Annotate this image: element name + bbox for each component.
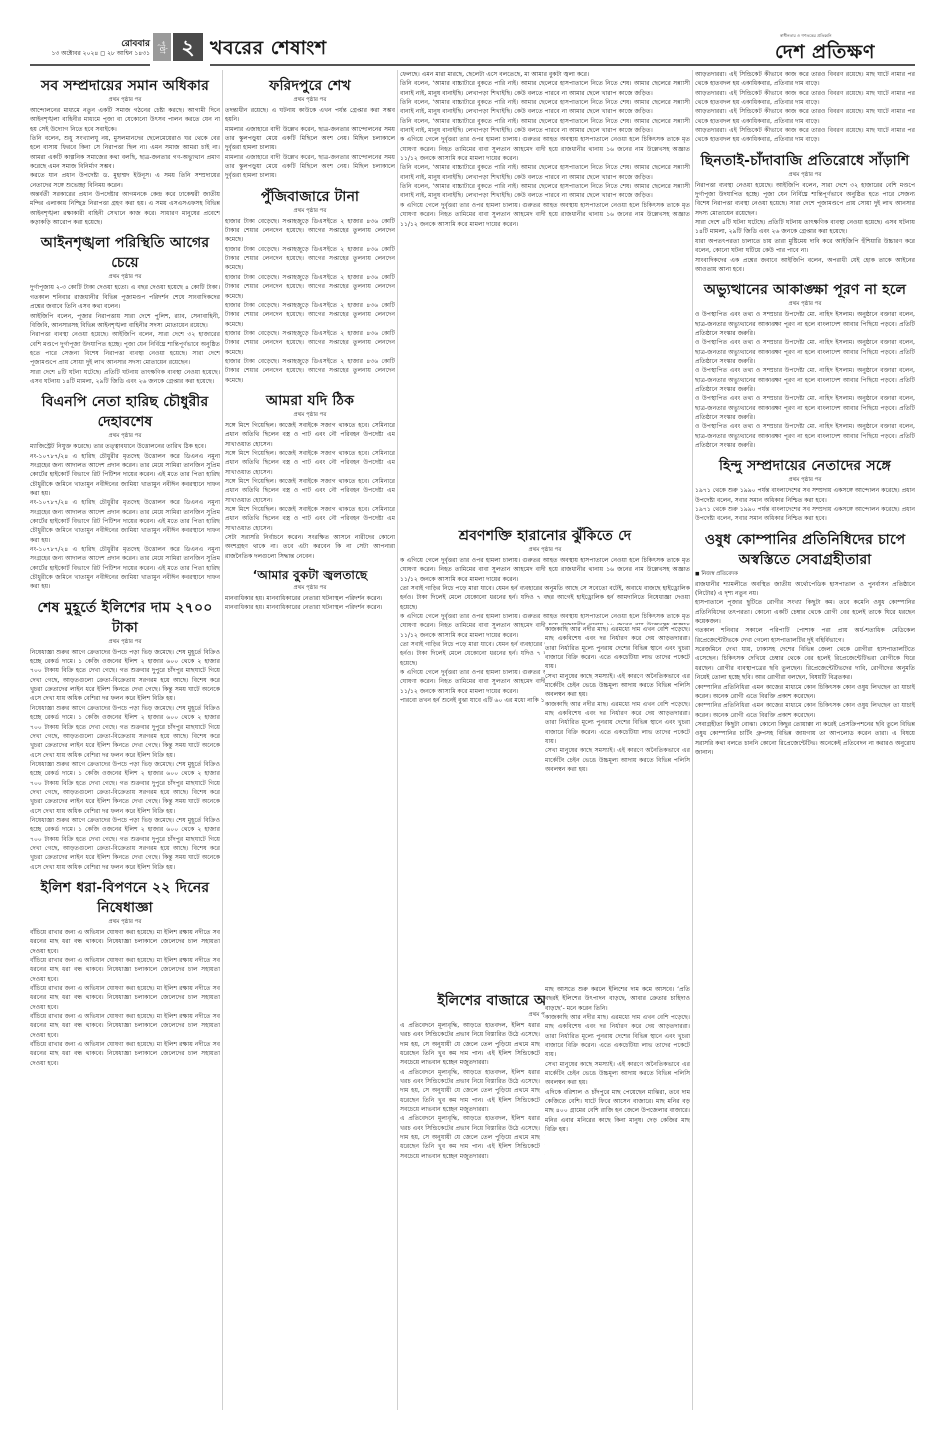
masthead: রোববার ১৩ অক্টোবর ২০২৪ ◻ ২৮ আশ্বিন ১৪৩১ …: [0, 0, 945, 60]
paragraph: হাজার টাকা বেড়েছে। সপ্তাহজুড়ে ডিএসইতে …: [225, 301, 395, 329]
headline: ওষুধ কোম্পানির প্রতিনিধিদের চাপে অস্বস্ত…: [695, 530, 915, 570]
column-4-top: [545, 70, 690, 520]
paragraph: ও উপস্থাপিত এবং তথ্য ও সম্প্রচার উপদেষ্ট…: [695, 366, 915, 394]
paragraph: তদন্তাধীন রয়েছে। এ ঘটনায় কাউকে এখন পর্…: [225, 106, 395, 125]
issue-date: ১৩ অক্টোবর ২০২৪ ◻ ২৮ আশ্বিন ১৪৩১: [20, 48, 150, 59]
article-punjibazar: পুঁজিবাজারে টানা প্রথম পৃষ্ঠার পর হাজার …: [225, 187, 395, 385]
paragraph: নং-১০৭৮৭/২৪ এ হারিছ চৌধুরীর মৃতদেহ উত্তো…: [30, 498, 220, 545]
paragraph: হাজার টাকা বেড়েছে। সপ্তাহজুড়ে ডিএসইতে …: [225, 329, 395, 357]
continued-from: প্রথম পৃষ্ঠার পর: [30, 918, 220, 926]
page-label: পৃষ্ঠা: [153, 33, 171, 61]
paragraph: মাছ আসতে শুরু করলে ইলিশের দাম কমে আসবে। …: [545, 985, 690, 1013]
article-chhintai: ছিনতাই-চাঁদাবাজি প্রতিরোধে সাঁড়াশি প্রথ…: [695, 151, 915, 274]
column-divider: [397, 70, 398, 1410]
paragraph: কোম্পানির প্রতিনিধিরা এমন কাজের মাধ্যমে …: [695, 701, 915, 720]
paragraph: যারা অপতৎপরতা চালাতে চায় তারা মুষ্টিমেয…: [695, 237, 915, 256]
paragraph: ও উপস্থাপিত এবং তথ্য ও সম্প্রচার উপদেষ্ট…: [695, 422, 915, 450]
headline: ‘আমার বুকটা জ্বলতাছে: [225, 567, 395, 584]
column-2: ফরিদপুরে শেখ প্রথম পৃষ্ঠার পর তদন্তাধীন …: [225, 70, 395, 1410]
headline: অভ্যুত্থানের আকাঙ্ক্ষা পূরণ না হলে: [695, 280, 915, 300]
headline: পুঁজিবাজারে টানা: [225, 187, 395, 207]
column-5: আড়তদাররা। এই সিন্ডিকেট কীভাবে কাজ করে ত…: [695, 70, 915, 1410]
masthead-rule-right: [210, 64, 915, 66]
paragraph: বাঁচিয়ে রাখার জন্য এ অভিযান ঘোষণা করা হ…: [30, 984, 220, 1012]
continued-from: প্রথম পৃষ্ঠার পর: [695, 171, 915, 179]
paragraph: আইজিপি বলেন, পূজার নিরাপত্তায় সারা দেশে…: [30, 312, 220, 331]
headline: সব সম্প্রদায়ের সমান অধিকার: [30, 76, 220, 96]
paragraph: বাঁচিয়ে রাখার জন্য এ অভিযান ঘোষণা করা হ…: [30, 1040, 220, 1068]
paragraph: সেটা সরাসরি নির্বাচনে করেন। সংরক্ষিত আসন…: [225, 533, 395, 561]
paragraph: বাঁচিয়ে রাখার জন্য এ অভিযান ঘোষণা করা হ…: [30, 928, 220, 956]
paragraph: সঙ্গে মিশে গিয়েছিল। কাজেই সবাইকে সজাগ থ…: [225, 421, 395, 449]
continued-from: প্রথম পৃষ্ঠার পর: [225, 207, 395, 215]
paragraph: ক এগিয়ে গেলে দুর্বৃত্তরা তার ওপর হামলা …: [400, 556, 690, 584]
paragraph: সারা দেশে ৪টি ঘটনা ঘটেছে। প্রতিটি ঘটনায়…: [695, 218, 915, 237]
paragraph: ম্যাজিস্ট্রেট নিযুক্ত করেছে। তার তত্ত্বা…: [30, 442, 220, 451]
paragraph: গতকাল শনিবার সকালে পরিপাটি পোশাক পরা প্র…: [695, 626, 915, 645]
continued-from: প্রথম পৃষ্ঠার পর: [695, 476, 915, 484]
article-faridpur: ফরিদপুরে শেখ প্রথম পৃষ্ঠার পর তদন্তাধীন …: [225, 76, 395, 181]
article-amra-jodi-thik: আমরা যদি ঠিক প্রথম পৃষ্ঠার পর সঙ্গে মিশে…: [225, 391, 395, 561]
paragraph: নিরাপত্তা ব্যবস্থা নেওয়া হয়েছে। আইজিপি…: [30, 330, 220, 367]
paragraph: করতে যান প্রধান উপদেষ্টা ড. মুহাম্মদ ইউন…: [30, 171, 220, 190]
paragraph: আড়তদাররা। এই সিন্ডিকেট কীভাবে কাজ করে ত…: [695, 126, 915, 145]
article-sob-somprodayer: সব সম্প্রদায়ের সমান অধিকার প্রথম পৃষ্ঠা…: [30, 76, 220, 227]
continued-from: প্রথম পৃষ্ঠার পর: [30, 638, 220, 646]
paragraph: হাজার টাকা বেড়েছে। সপ্তাহজুড়ে ডিএসইতে …: [225, 357, 395, 385]
paragraph: হাসপাতালে পূজার ছুটিতে রোগীর সংখ্যা কিছু…: [695, 598, 915, 626]
headline: শ্রবণশক্তি হারানোর ঝুঁকিতে দে: [400, 526, 690, 546]
paragraph: তিনি বলেন, শুধু সংখ্যালঘু নয়, মুসলমানদে…: [30, 134, 220, 171]
continued-from: প্রথম পৃষ্ঠার পর: [695, 300, 915, 308]
paragraph: ও উপস্থাপিত এবং তথ্য ও সম্প্রচার উপদেষ্ট…: [695, 338, 915, 366]
paragraph: সারা দেশে ৪টি ঘটনা ঘটেছে। প্রতিটি ঘটনায়…: [30, 368, 220, 387]
paragraph: মামলার এজাহারে বাদী উল্লেখ করেন, ছাত্র-জ…: [225, 125, 395, 153]
column-divider: [692, 70, 693, 1410]
paragraph: এদিকে বরিশাল ও চাঁদপুরে মাছ পেয়েছেন মাঝ…: [545, 1088, 690, 1135]
paragraph: আড়তদাররা। এই সিন্ডিকেট কীভাবে কাজ করে ত…: [695, 107, 915, 126]
paragraph: মামলার এজাহারে বাদী উল্লেখ করেন, ছাত্র-জ…: [225, 153, 395, 181]
column-4-mid: কাজকাছি আর নদীর মাছ। এরমধ্যে দাম এখন বেশ…: [545, 625, 690, 985]
paragraph: ও উপস্থাপিত এবং তথ্য ও সম্প্রচার উপদেষ্ট…: [695, 310, 915, 338]
article-haris-chowdhury: বিএনপি নেতা হারিছ চৌধুরীর দেহাবশেষ প্রথম…: [30, 392, 220, 592]
continued-from: প্রথম পৃষ্ঠার পর: [30, 273, 220, 281]
paragraph: কাজকাছি আর নদীর মাছ। এরমধ্যে দাম এখন বেশ…: [545, 700, 690, 747]
continued-from: প্রথম পৃষ্ঠার পর: [400, 546, 690, 554]
paragraph: মানবাধিকার হয়। মানবাধিকারের নেতারা ঘটনা…: [225, 594, 395, 603]
paragraph: কাজকাছি আর নদীর মাছ। এরমধ্যে দাম এখন বেশ…: [545, 625, 690, 672]
continued-from: প্রথম পৃষ্ঠার পর: [225, 584, 395, 592]
article-obhyutthan: অভ্যুত্থানের আকাঙ্ক্ষা পূরণ না হলে প্রথম…: [695, 280, 915, 450]
column-4-bottom: মাছ আসতে শুরু করলে ইলিশের দাম কমে আসবে। …: [545, 985, 690, 1410]
paragraph: এ প্রতিবেদনে মূল্যবৃদ্ধি, আড়তে হাতবদল, …: [400, 1021, 540, 1068]
paragraph: কোম্পানির প্রতিনিধিরা এমন কাজের মাধ্যমে …: [695, 683, 915, 702]
page-number: ২: [173, 33, 203, 61]
paragraph: তো সবাই গাড়ির নিচে পড়ে মারা যাবে। যেমন…: [400, 584, 690, 612]
column-divider: [222, 70, 223, 1410]
article-oshudh-company: ওষুধ কোম্পানির প্রতিনিধিদের চাপে অস্বস্ত…: [695, 530, 915, 758]
paragraph: ১৯৭১ থেকে শুরু ১৯৯০ পর্যন্ত বাংলাদেশের স…: [695, 486, 915, 505]
paragraph: ১৯৭১ থেকে শুরু ১৯৯০ পর্যন্ত বাংলাদেশের স…: [695, 505, 915, 524]
paragraph: সেবাগ্রহীতা কিছুটা বোঝা। কোনো কিছুর তোয়…: [695, 720, 915, 757]
subcolumn-left: এ প্রতিবেদনে মূল্যবৃদ্ধি, আড়তে হাতবদল, …: [400, 1021, 540, 1161]
article-ilish-dam: শেষ মুহূর্তে ইলিশের দাম ২৭০০ টাকা প্রথম …: [30, 598, 220, 872]
headline: আমরা যদি ঠিক: [225, 391, 395, 411]
headline: বিএনপি নেতা হারিছ চৌধুরীর দেহাবশেষ: [30, 392, 220, 432]
article-ainshrinkhola: আইনশৃঙ্খলা পরিস্থিতি আগের চেয়ে প্রথম পৃ…: [30, 233, 220, 386]
headline: ফরিদপুরে শেখ: [225, 76, 395, 96]
continued-from: প্রথম পৃষ্ঠার পর: [225, 411, 395, 419]
continued-from: প্রথম পৃষ্ঠার পর: [30, 432, 220, 440]
headline: শেষ মুহূর্তে ইলিশের দাম ২৭০০ টাকা: [30, 598, 220, 638]
paragraph: নং-১০৭৮৭/২৪ এ হারিছ চৌধুরীর মৃতদেহ উত্তো…: [30, 545, 220, 592]
masthead-rule-left: [30, 64, 150, 66]
article-amar-bukta: ‘আমার বুকটা জ্বলতাছে প্রথম পৃষ্ঠার পর মা…: [225, 567, 395, 613]
paragraph: আড়তদাররা। এই সিন্ডিকেট কীভাবে কাজ করে ত…: [695, 70, 915, 89]
paragraph: এ প্রতিবেদনে মূল্যবৃদ্ধি, আড়তে হাতবদল, …: [400, 1114, 540, 1161]
paragraph: নিরাপত্তা ব্যবস্থা নেওয়া হয়েছে। আইজিপি…: [695, 181, 915, 218]
headline: আইনশৃঙ্খলা পরিস্থিতি আগের চেয়ে: [30, 233, 220, 273]
paragraph: নিষেধাজ্ঞা শুরুর আগে ক্রেতাদের উপচে পড়া…: [30, 760, 220, 816]
continued-from: প্রথম পৃষ্ঠার পর: [30, 96, 220, 104]
paragraph: এ প্রতিবেদনে মূল্যবৃদ্ধি, আড়তে হাতবদল, …: [400, 1068, 540, 1115]
paragraph: নিষেধাজ্ঞা শুরুর আগে ক্রেতাদের উপচে পড়া…: [30, 704, 220, 760]
paragraph: হাজার টাকা বেড়েছে। সপ্তাহজুড়ে ডিএসইতে …: [225, 217, 395, 245]
paragraph: সঙ্গে মিশে গিয়েছিল। কাজেই সবাইকে সজাগ থ…: [225, 449, 395, 477]
section-title: খবরের শেষাংশ: [210, 34, 327, 66]
paragraph: সেখা মানুষের কাছে সমস্যাই। এই কারণে অনৈত…: [545, 746, 690, 774]
paragraph: নিষেধাজ্ঞা শুরুর আগে ক্রেতাদের উপচে পড়া…: [30, 648, 220, 704]
article-hindu-somprodayer: হিন্দু সম্প্রদায়ের নেতাদের সঙ্গে প্রথম …: [695, 456, 915, 523]
paragraph: হাজার টাকা বেড়েছে। সপ্তাহজুড়ে ডিএসইতে …: [225, 245, 395, 273]
paragraph: নিষেধাজ্ঞা শুরুর আগে ক্রেতাদের উপচে পড়া…: [30, 816, 220, 872]
headline: ছিনতাই-চাঁদাবাজি প্রতিরোধে সাঁড়াশি: [695, 151, 915, 171]
paragraph: নং-১০৭৮৭/২৪ এ হারিছ চৌধুরীর মৃতদেহ উত্তো…: [30, 452, 220, 499]
paragraph: সেখা মানুষের কাছে সমস্যাই। এই কারণে অনৈত…: [545, 1060, 690, 1088]
paragraph: ও উপস্থাপিত এবং তথ্য ও সম্প্রচার উপদেষ্ট…: [695, 394, 915, 422]
paragraph: রাজধানীর শ্যামলীতে অবস্থিত জাতীয় অর্থোপ…: [695, 580, 915, 599]
paragraph: হাজার টাকা বেড়েছে। সপ্তাহজুড়ে ডিএসইতে …: [225, 273, 395, 301]
headline: ইলিশ ধরা-বিপণনে ২২ দিনের নিষেধাজ্ঞা: [30, 878, 220, 918]
paragraph: দুর্গাপূজায় ২-৩ কোটি টাকা দেওয়া হতো। এ…: [30, 283, 220, 311]
paragraph: আড়তদাররা। এই সিন্ডিকেট কীভাবে কাজ করে ত…: [695, 89, 915, 108]
column-1: সব সম্প্রদায়ের সমান অধিকার প্রথম পৃষ্ঠা…: [30, 70, 220, 1410]
paragraph: বাঁচিয়ে রাখার জন্য এ অভিযান ঘোষণা করা হ…: [30, 1012, 220, 1040]
paragraph: সাংবাদিকদের এক প্রশ্নের জবাবে আইজিপি বলে…: [695, 256, 915, 275]
paragraph: অন্তর্বর্তী সরকারের প্রধান উপদেষ্টার আগম…: [30, 190, 220, 227]
paragraph: সেখা মানুষের কাছে সমস্যাই। এই কারণে অনৈত…: [545, 672, 690, 700]
paragraph: বাঁচিয়ে রাখার জন্য এ অভিযান ঘোষণা করা হ…: [30, 956, 220, 984]
paragraph: সঙ্গে মিশে গিয়েছিল। কাজেই সবাইকে সজাগ থ…: [225, 505, 395, 533]
headline: হিন্দু সম্প্রদায়ের নেতাদের সঙ্গে: [695, 456, 915, 476]
paragraph: সরেজমিনে দেখা যায়, ঢাকাসহ দেশের বিভিন্ন…: [695, 645, 915, 682]
paragraph: কাজকাছি আর নদীর মাছ। এরমধ্যে দাম এখন বেশ…: [545, 1013, 690, 1060]
paragraph: সঙ্গে মিশে গিয়েছিল। কাজেই সবাইকে সজাগ থ…: [225, 477, 395, 505]
continued-from: প্রথম পৃষ্ঠার পর: [225, 96, 395, 104]
reporter-byline: ◼ নিজস্ব প্রতিবেদক: [695, 570, 915, 578]
paragraph: মানবাধিকার হয়। মানবাধিকারের নেতারা ঘটনা…: [225, 603, 395, 612]
paragraph: আন্দোলনের মাধ্যমে নতুন একটি সমাজ গঠনের চ…: [30, 106, 220, 134]
article-ilish-nishedhagga: ইলিশ ধরা-বিপণনে ২২ দিনের নিষেধাজ্ঞা প্রথ…: [30, 878, 220, 1068]
